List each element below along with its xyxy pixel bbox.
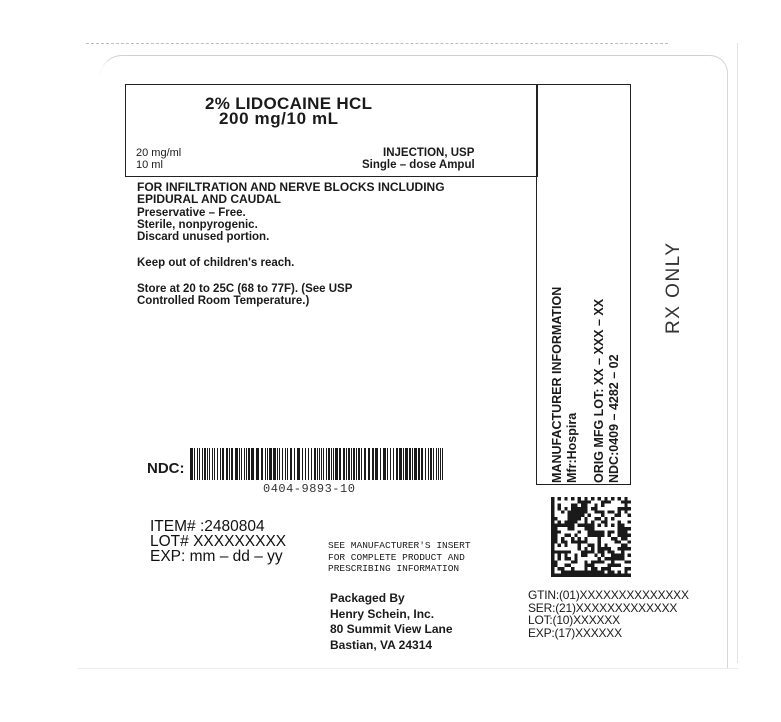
barcode-number: 0404-9893-10 <box>263 482 355 496</box>
ndc-barcode <box>190 448 446 480</box>
volume: 10 ml <box>136 159 181 171</box>
original-lot: ORIG MFG LOT: XX – XXX – XX <box>592 299 606 483</box>
expiration: EXP: mm – dd – yy <box>150 549 286 564</box>
gs1-lot: LOT:(10)XXXXXX <box>528 614 689 627</box>
insert-notice-line: SEE MANUFACTURER'S INSERT <box>328 540 471 552</box>
preservative-note: Preservative – Free. <box>137 207 445 219</box>
datamatrix-code <box>551 497 631 577</box>
dosage-form: INJECTION, USP <box>362 147 475 159</box>
original-ndc: NDC:0409 – 4282 – 02 <box>607 354 621 483</box>
packager-line: Henry Schein, Inc. <box>330 607 453 623</box>
discard-note: Discard unused portion. <box>137 231 445 243</box>
rx-only: RX ONLY <box>663 241 685 334</box>
lot-number: LOT# XXXXXXXXX <box>150 534 286 549</box>
item-number: ITEM# :2480804 <box>150 519 286 534</box>
gtin: GTIN:(01)XXXXXXXXXXXXXX <box>528 589 689 602</box>
packager-line: Bastian, VA 24314 <box>330 638 453 654</box>
concentration: 20 mg/ml <box>136 147 181 159</box>
manufacturer-heading: MANUFACTURER INFORMATION <box>550 287 564 483</box>
insert-notice-line: FOR COMPLETE PRODUCT AND <box>328 552 471 564</box>
item-info: ITEM# :2480804 LOT# XXXXXXXXX EXP: mm – … <box>150 519 286 564</box>
sterile-note: Sterile, nonpyrogenic. <box>137 219 445 231</box>
product-instructions: FOR INFILTRATION AND NERVE BLOCKS INCLUD… <box>137 181 445 307</box>
label-sheet-right-edge <box>737 43 738 663</box>
insert-notice: SEE MANUFACTURER'S INSERT FOR COMPLETE P… <box>328 540 471 575</box>
insert-notice-line: PRESCRIBING INFORMATION <box>328 563 471 575</box>
indication-line-2: EPIDURAL AND CAUDAL <box>137 193 445 205</box>
packager-line: Packaged By <box>330 591 453 607</box>
storage-line-1: Store at 20 to 25C (68 to 77F). (See USP <box>137 283 445 295</box>
packager-line: 80 Summit View Lane <box>330 622 453 638</box>
label-sheet-bottom-edge <box>78 668 738 669</box>
gs1-data: GTIN:(01)XXXXXXXXXXXXXX SER:(21)XXXXXXXX… <box>528 589 689 639</box>
label-sheet-edge <box>86 43 668 44</box>
concentration-block: 20 mg/ml 10 ml <box>136 147 181 171</box>
packager-info: Packaged By Henry Schein, Inc. 80 Summit… <box>330 591 453 653</box>
children-warning: Keep out of children's reach. <box>137 257 445 269</box>
ndc-label: NDC: <box>147 460 185 477</box>
gs1-exp: EXP:(17)XXXXXX <box>528 627 689 640</box>
storage-line-2: Controlled Room Temperature.) <box>137 295 445 307</box>
product-strength: 200 mg/10 mL <box>219 109 339 129</box>
dosage-form-block: INJECTION, USP Single – dose Ampul <box>362 147 475 171</box>
manufacturer-name: Mfr:Hospira <box>565 413 579 483</box>
container-type: Single – dose Ampul <box>362 159 475 171</box>
